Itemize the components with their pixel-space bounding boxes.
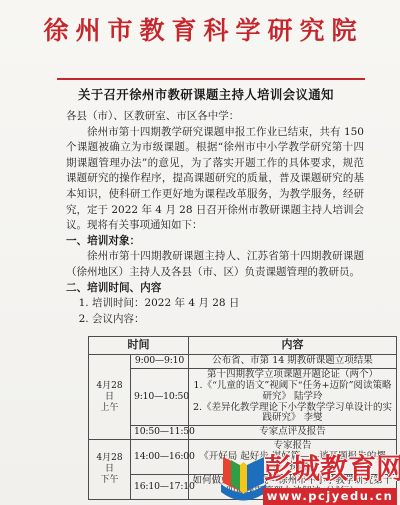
ampm-text: 上午 (92, 403, 127, 414)
ampm-text: 下午 (92, 475, 127, 486)
open-book-logo-icon (220, 451, 267, 505)
date-text: 4月28日 (92, 453, 127, 475)
training-time-item: 1. 培训时间：2022 年 4 月 28 日 (66, 296, 364, 312)
table-header-row: 时间 内容 (89, 337, 397, 355)
notice-title: 关于召开徐州市教研课题主持人培训会议通知 (0, 85, 400, 103)
table-row: 10:50—11:50 专家点评及报告 (89, 426, 397, 440)
section1-heading: 一、培训对象： (66, 234, 364, 250)
afternoon-date-cell: 4月28日 下午 (89, 439, 131, 499)
morning-date-cell: 4月28日 上午 (89, 355, 131, 440)
watermark-site-url: www.pcjyedu.cn (263, 488, 397, 505)
salutation-line: 各县（市）、区教研室、市区各中学： (66, 109, 364, 125)
watermark-site-name: 彭城教育网 (264, 452, 400, 486)
masthead-title: 徐州市教育科学研究院 (0, 0, 400, 47)
section2-heading: 二、培训时间、内容 (66, 281, 364, 297)
content-cell: 专家点评及报告 (189, 426, 397, 440)
time-cell: 14:00—16:00 (131, 439, 189, 474)
content-line: 专家点评及报告 (192, 427, 393, 438)
notice-body: 各县（市）、区教研室、市区各中学： 徐州市第十四期教学研究课题申报工作业已结束，… (66, 109, 364, 327)
time-cell: 10:50—11:50 (131, 426, 189, 440)
content-line: 2.《差异化教学理论下小学数学学习单设计的实践研究》 李燮 (192, 403, 393, 425)
date-text: 4月28日 (92, 381, 127, 403)
masthead-divider-rule (57, 78, 365, 80)
content-cell: 公布省、市第 14 期教研课题立项结果 (189, 355, 397, 369)
content-column-header: 内容 (189, 337, 397, 355)
time-column-header: 时间 (89, 337, 189, 355)
section1-body: 徐州市第十四期教研课题主持人、江苏省第十四期教研课题（徐州地区）主持人及各县（市… (66, 249, 364, 280)
table-row: 4月28日 上午 9:00—9:10 公布省、市第 14 期教研课题立项结果 (89, 355, 397, 369)
intro-paragraph: 徐州市第十四期教学研究课题申报工作业已结束，共有 150 个课题被确立为市级课题… (66, 125, 364, 234)
time-cell: 9:10—10:50 (131, 369, 189, 426)
table-row: 9:10—10:50 第十四期教学立项课题开题论证（两个） 1.《“儿童的语文”… (89, 369, 397, 426)
time-cell: 9:00—9:10 (131, 355, 189, 369)
content-line: 1.《“儿童的语文”视阈下“任务+迈阶”阅读策略研究》 陆学玲 (192, 381, 393, 403)
meeting-content-item: 2. 会议内容： (66, 312, 364, 328)
scanned-notice-page: 徐州市教育科学研究院 关于召开徐州市教研课题主持人培训会议通知 各县（市）、区教… (0, 0, 400, 505)
time-cell: 16:10—17:10 (131, 475, 189, 500)
content-line: 公布省、市第 14 期教研课题立项结果 (192, 356, 393, 367)
content-cell: 第十四期教学立项课题开题论证（两个） 1.《“儿童的语文”视阈下“任务+迈阶”阅… (189, 369, 397, 426)
